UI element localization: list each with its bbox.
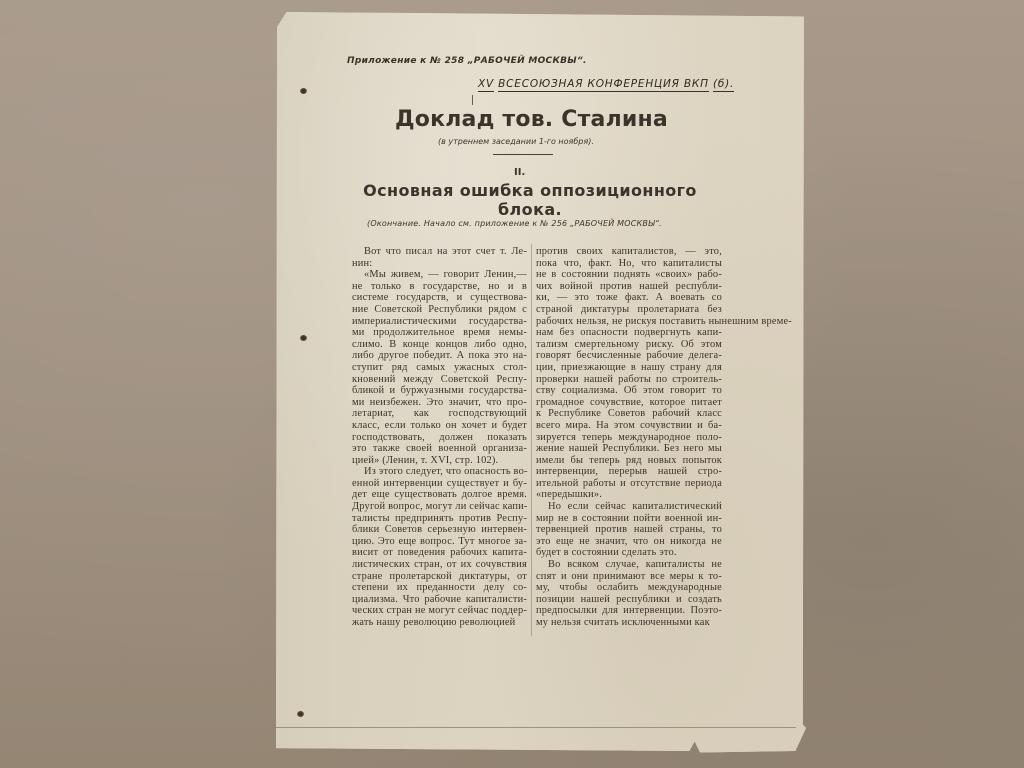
text-line: кновений между Советской Респу- [352, 374, 527, 386]
article-title: Доклад тов. Сталина [395, 107, 668, 132]
text-line: дет еще существовать долгое время. [352, 489, 527, 501]
punch-hole-middle [300, 335, 307, 341]
text-line: Во всяком случае, капиталисты не [536, 559, 722, 571]
column-divider [531, 244, 532, 636]
column-rule-top [472, 95, 473, 105]
text-line: «Мы живем, — говорит Ленин,— [352, 269, 527, 281]
text-line: не в состоянии поднять «своих» рабо- [536, 269, 722, 281]
text-line: это также своей военной организа- [352, 443, 527, 455]
section-title-line-2: блока. [345, 200, 715, 219]
text-line: громадное сочувствие, которое питает [536, 397, 722, 409]
text-line: интервенции, перерыв нашей стро- [536, 466, 722, 478]
text-line: блики Советов серьезную интервен- [352, 524, 527, 536]
text-line: ми неизбежен. Это значит, что про- [352, 397, 527, 409]
text-line: пока что, факт. Но, что капиталисты [536, 258, 722, 270]
text-line: против своих капиталистов, — это, [536, 246, 722, 258]
conference-roman: XV [478, 78, 494, 92]
text-line: степени их преданности делу со- [352, 582, 527, 594]
text-line: это еще не значит, что он никогда не [536, 536, 722, 548]
text-line: ки, — это тоже факт. А воевать со [536, 292, 722, 304]
text-line: Из этого следует, что опасность во- [352, 466, 527, 478]
text-line: висит от поведения рабочих капита- [352, 547, 527, 559]
text-line: господствовать, должен показать [352, 432, 527, 444]
text-line: будет в состоянии сделать это. [536, 547, 722, 559]
text-line: му, чтобы ослабить международные [536, 582, 722, 594]
text-line: ми продолжительное время немы- [352, 327, 527, 339]
text-line: стране пролетарской диктатуры, от [352, 571, 527, 583]
text-line: рабочих нельзя, не рискуя поставить ныне… [536, 316, 722, 328]
text-line: империалистическими государства- [352, 316, 527, 328]
text-line: ступит ряд самых ужасных стол- [352, 362, 527, 374]
text-line: зируется теперь международное поло- [536, 432, 722, 444]
text-line: цией» (Ленин, т. XVI, стр. 102). [352, 455, 527, 467]
text-line: позиции нашей республики и создать [536, 594, 722, 606]
text-line: имели бы теперь ряд новых попыток [536, 455, 722, 467]
text-line: му нельзя считать исключенными как [536, 617, 722, 629]
text-line: тервенцией против нашей страны, то [536, 524, 722, 536]
text-line: класс, если только он хочет и будет [352, 420, 527, 432]
article-subtitle: (в утреннем заседании 1-го ноября). [438, 137, 594, 146]
text-column-left: Вот что писал на этот счет т. Ле-нин:«Мы… [352, 246, 527, 629]
text-column-right: против своих капиталистов, — это,пока чт… [536, 246, 722, 629]
text-line: предпосылки для интервенции. Поэто- [536, 605, 722, 617]
text-line: страной диктатуры пролетариата без [536, 304, 722, 316]
text-line: проверки нашей работы по строитель- [536, 374, 722, 386]
punch-hole-top [300, 88, 307, 94]
section-number: II. [514, 167, 525, 178]
text-line: Но если сейчас капиталистический [536, 501, 722, 513]
text-line: не только в государстве, но и в [352, 281, 527, 293]
text-line: енной интервенции существует и бу- [352, 478, 527, 490]
text-line: чих войной против нашей республи- [536, 281, 722, 293]
text-line: спят и они принимают все меры к то- [536, 571, 722, 583]
punch-hole-bottom [297, 711, 304, 717]
page-fold-line [276, 727, 796, 728]
supplement-header: Приложение к № 258 „РАБОЧЕЙ МОСКВЫ“. [347, 56, 587, 66]
text-line: Вот что писал на этот счет т. Ле- [352, 246, 527, 258]
text-line: слимо. В конце концов либо одно, [352, 339, 527, 351]
title-divider [493, 154, 553, 155]
text-line: листических стран, от их сочувствия [352, 559, 527, 571]
text-line: либо другое победит. А пока это на- [352, 350, 527, 362]
text-line: летариат, как господствующий [352, 408, 527, 420]
text-line: ческих стран не могут сейчас поддер- [352, 605, 527, 617]
text-line: бликой и буржуазными государства- [352, 385, 527, 397]
conference-title: ВСЕСОЮЗНАЯ КОНФЕРЕНЦИЯ ВКП [498, 78, 709, 92]
conference-heading: XV ВСЕСОЮЗНАЯ КОНФЕРЕНЦИЯ ВКП (б). [478, 78, 734, 90]
conference-suffix: (б). [713, 78, 734, 92]
section-title: Основная ошибка оппозиционного блока. [345, 181, 715, 219]
section-title-line-1: Основная ошибка оппозиционного [345, 181, 715, 200]
text-line: нин: [352, 258, 527, 270]
text-line: системе государств, и существова- [352, 292, 527, 304]
text-line: говорят бесчисленные рабочие делега- [536, 350, 722, 362]
text-line: циализма. Что рабочие капиталисти- [352, 594, 527, 606]
continuation-note: (Окончание. Начало см. приложение к № 25… [367, 219, 662, 228]
text-line: нам без опасности подвергнуть капи- [536, 327, 722, 339]
text-line: талисты предпринять против Респу- [352, 513, 527, 525]
text-line: всего мира. На этом сочувствии и ба- [536, 420, 722, 432]
text-line: ству социализма. Об этом говорит то [536, 385, 722, 397]
text-line: ительной работы и отсутствие периода [536, 478, 722, 490]
text-line: ние Советской Республики рядом с [352, 304, 527, 316]
text-line: тализм смертельному риску. Об этом [536, 339, 722, 351]
text-line: ции, приезжающие в нашу страну для [536, 362, 722, 374]
text-line: мир не в состоянии пойти военной ин- [536, 513, 722, 525]
text-line: жение нашей Республики. Без него мы [536, 443, 722, 455]
text-line: «передышки». [536, 489, 722, 501]
text-line: цию. Это еще вопрос. Тут многое за- [352, 536, 527, 548]
text-line: к Республике Советов рабочий класс [536, 408, 722, 420]
text-line: Другой вопрос, могут ли сейчас капи- [352, 501, 527, 513]
text-line: жать нашу революцию революцией [352, 617, 527, 629]
